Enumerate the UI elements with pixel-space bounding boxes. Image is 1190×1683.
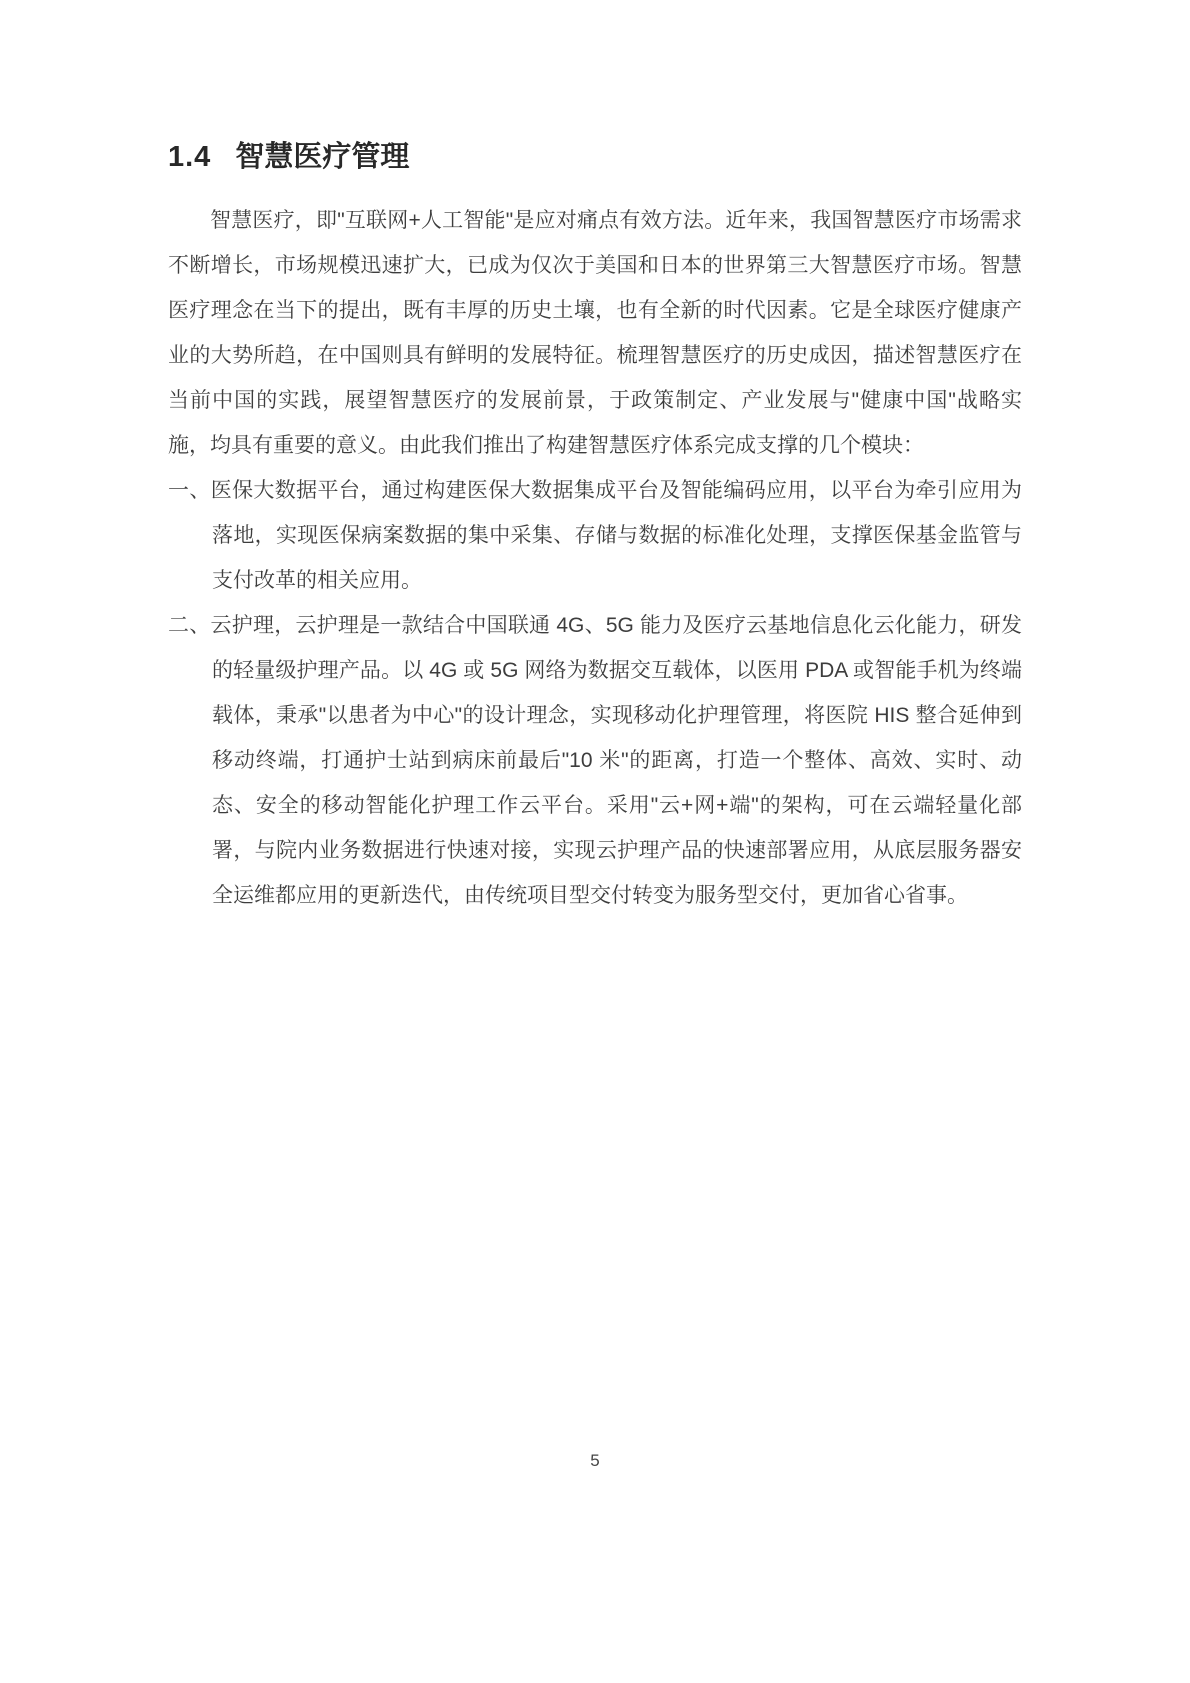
page-number: 5	[0, 1450, 1190, 1472]
list-item-1-text: 医保大数据平台，通过构建医保大数据集成平台及智能编码应用，以平台为牵引应用为落地…	[211, 479, 1022, 592]
intro-paragraph: 智慧医疗，即"互联网+人工智能"是应对痛点有效方法。近年来，我国智慧医疗市场需求…	[168, 198, 1022, 468]
list-item-2: 二、云护理，云护理是一款结合中国联通 4G、5G 能力及医疗云基地信息化云化能力…	[168, 603, 1022, 918]
document-page: 1.4 智慧医疗管理 智慧医疗，即"互联网+人工智能"是应对痛点有效方法。近年来…	[0, 0, 1190, 1683]
page-content: 1.4 智慧医疗管理 智慧医疗，即"互联网+人工智能"是应对痛点有效方法。近年来…	[168, 138, 1022, 918]
section-title: 智慧医疗管理	[235, 141, 409, 173]
list-item-1: 一、医保大数据平台，通过构建医保大数据集成平台及智能编码应用，以平台为牵引应用为…	[168, 468, 1022, 603]
list-item-2-marker: 二、	[168, 614, 210, 637]
section-number: 1.4	[168, 138, 211, 176]
section-heading: 1.4 智慧医疗管理	[168, 138, 1022, 176]
list-item-1-marker: 一、	[168, 479, 211, 502]
list-item-2-text: 云护理，云护理是一款结合中国联通 4G、5G 能力及医疗云基地信息化云化能力，研…	[210, 614, 1022, 907]
